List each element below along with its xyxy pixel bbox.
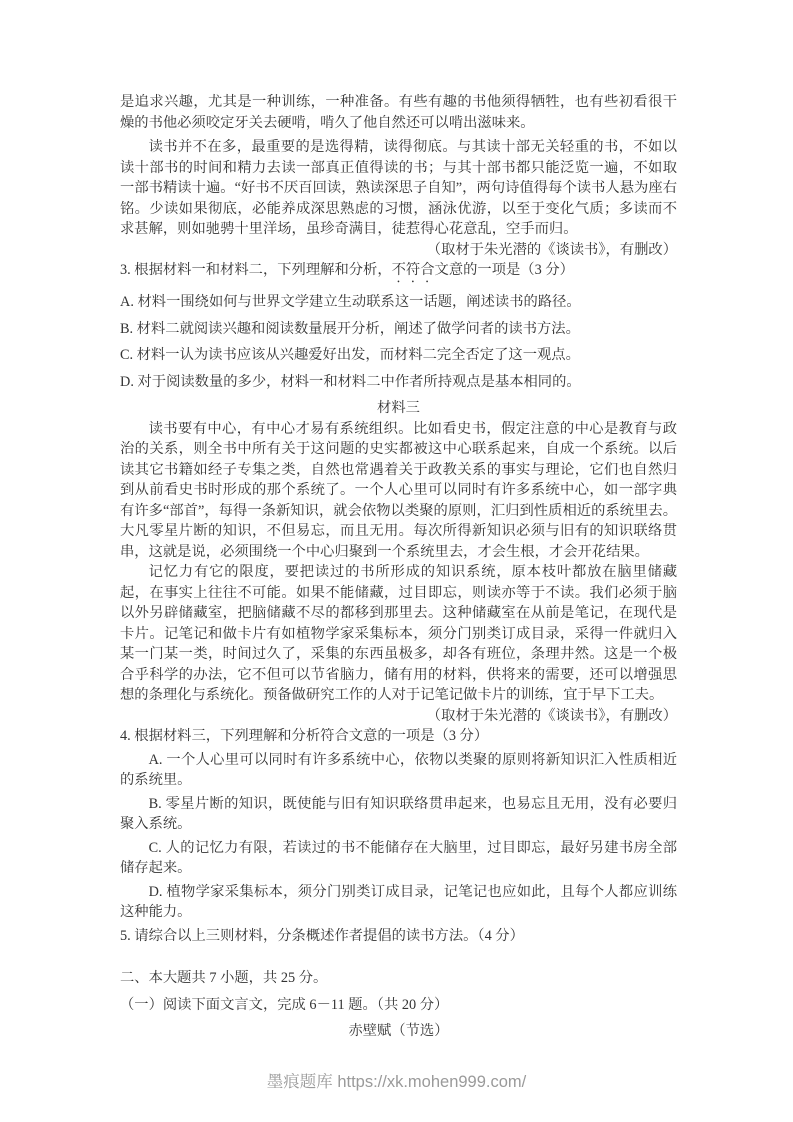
question-3-option-c: C. 材料一认为读书应该从兴趣爱好出发，而材料二完全否定了这一观点。 [120,345,677,366]
material-3-heading: 材料三 [120,398,677,419]
question-3-option-b: B. 材料二就阅读兴趣和阅读数量展开分析，阐述了做学问者的读书方法。 [120,319,677,340]
question-4-option-d: D. 植物学家采集标本，须分门别类订成目录，记笔记也应如此，且每个人都应训练这种… [120,882,677,923]
section-2-heading: 二、本大题共 7 小题，共 25 分。 [120,968,677,989]
question-3-suffix: 文意的一项是（3 分） [435,262,574,278]
exam-page: 是追求兴趣，尤其是一种训练，一种准备。有些有趣的书他须得牺牲，也有些初看很干燥的… [0,0,793,1122]
question-3-option-a: A. 材料一围绕如何与世界文学建立生动联系这一话题，阐述读书的路径。 [120,292,677,313]
source-attribution-2: （取材于朱光潜的《谈读书》，有删改） [120,706,677,727]
essay-title: 赤壁赋（节选） [120,1021,677,1042]
question-3-option-d: D. 对于阅读数量的多少，材料一和材料二中作者所持观点是基本相同的。 [120,372,677,393]
source-attribution-1: （取材于朱光潜的《谈读书》，有删改） [120,240,677,261]
section-2-subheading: （一）阅读下面文言文，完成 6－11 题。（共 20 分） [120,995,677,1016]
question-3-emphasis: 不符合 [392,262,435,278]
question-3: 3. 根据材料一和材料二，下列理解和分析，不符合文意的一项是（3 分） [120,260,677,286]
question-4-option-a: A. 一个人心里可以同时有许多系统中心，依物以类聚的原则将新知识汇入性质相近的系… [120,750,677,791]
material-3-paragraph-1: 读书要有中心，有中心才易有系统组织。比如看史书，假定注意的中心是教育与政治的关系… [120,419,677,563]
question-4-option-b: B. 零星片断的知识，既使能与旧有知识联络贯串起来，也易忘且无用，没有必要归聚入… [120,794,677,835]
question-5: 5. 请综合以上三则材料，分条概述作者提倡的读书方法。（4 分） [120,926,677,947]
question-4: 4. 根据材料三，下列理解和分析符合文意的一项是（3 分） [120,726,677,747]
exam-body: 是追求兴趣，尤其是一种训练，一种准备。有些有趣的书他须得牺牲，也有些初看很干燥的… [120,92,677,1042]
watermark-footer: 墨痕题库 https://xk.mohen999.com/ [0,1068,793,1092]
paragraph-reading-few: 读书并不在多，最重要的是选得精，读得彻底。与其读十部无关轻重的书，不如以读十部书… [120,137,677,240]
question-3-prefix: 3. 根据材料一和材料二，下列理解和分析， [120,262,392,278]
material-3-paragraph-2: 记忆力有它的限度，要把读过的书所形成的知识系统，原本枝叶都放在脑里储藏起，在事实… [120,562,677,706]
paragraph-continuation: 是追求兴趣，尤其是一种训练，一种准备。有些有趣的书他须得牺牲，也有些初看很干燥的… [120,92,677,133]
question-4-option-c: C. 人的记忆力有限，若读过的书不能储存在大脑里，过目即忘，最好另建书房全部储存… [120,838,677,879]
section-gap [120,946,677,968]
